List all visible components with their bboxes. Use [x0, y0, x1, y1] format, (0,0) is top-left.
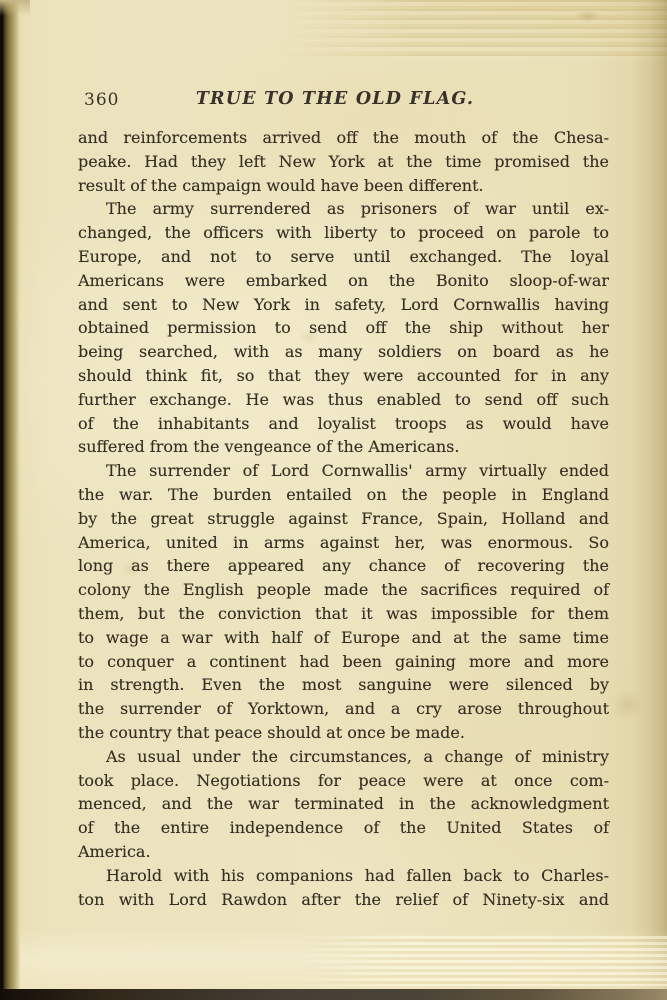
paragraph: As usual under the circumstances, a chan…	[78, 745, 609, 864]
text-line: The army surrendered as prisoners of war…	[78, 197, 609, 221]
text-line: Harold with his companions had fallen ba…	[78, 864, 609, 888]
text-line: long as there appeared any chance of rec…	[78, 554, 609, 578]
text-line: The surrender of Lord Cornwallis' army v…	[78, 459, 609, 483]
text-line: them, but the conviction that it was imp…	[78, 602, 609, 626]
text-line: the war. The burden entailed on the peop…	[78, 483, 609, 507]
paragraph: The army surrendered as prisoners of war…	[78, 197, 609, 459]
page-edges-bottom-texture	[295, 936, 667, 986]
paragraph: The surrender of Lord Cornwallis' army v…	[78, 459, 609, 745]
book-edge-bottom	[0, 989, 667, 1000]
running-title: TRUE TO THE OLD FLAG.	[70, 89, 600, 109]
text-line: colony the English people made the sacri…	[78, 578, 609, 602]
page-edges-top-texture	[280, 0, 667, 60]
text-line: the surrender of Yorktown, and a cry aro…	[78, 697, 609, 721]
text-line: in strength. Even the most sanguine were…	[78, 673, 609, 697]
text-line: of the entire independence of the United…	[78, 816, 609, 840]
text-line: the country that peace should at once be…	[78, 721, 609, 745]
text-line: As usual under the circumstances, a chan…	[78, 745, 609, 769]
text-line: to wage a war with half of Europe and at…	[78, 626, 609, 650]
text-line: should think fit, so that they were acco…	[78, 364, 609, 388]
text-line: America, united in arms against her, was…	[78, 531, 609, 555]
text-line: and reinforcements arrived off the mouth…	[78, 126, 609, 150]
text-line: Americans were embarked on the Bonito sl…	[78, 269, 609, 293]
scanned-book-page: 360 TRUE TO THE OLD FLAG. and reinforcem…	[0, 0, 667, 1000]
text-line: took place. Negotiations for peace were …	[78, 769, 609, 793]
paper-stain	[610, 690, 644, 720]
book-binding-left	[0, 0, 20, 1000]
text-line: by the great struggle against France, Sp…	[78, 507, 609, 531]
text-line: to conquer a continent had been gaining …	[78, 650, 609, 674]
text-line: America.	[78, 840, 609, 864]
text-line: of the inhabitants and loyalist troops a…	[78, 412, 609, 436]
text-line: Europe, and not to serve until exchanged…	[78, 245, 609, 269]
text-line: ton with Lord Rawdon after the relief of…	[78, 888, 609, 912]
text-line: result of the campaign would have been d…	[78, 174, 609, 198]
text-line: suffered from the vengeance of the Ameri…	[78, 435, 609, 459]
page-corner-top-left	[0, 0, 30, 16]
paper-stain	[575, 10, 601, 22]
text-line: further exchange. He was thus enabled to…	[78, 388, 609, 412]
paragraph: Harold with his companions had fallen ba…	[78, 864, 609, 912]
text-line: peake. Had they left New York at the tim…	[78, 150, 609, 174]
text-line: being searched, with as many soldiers on…	[78, 340, 609, 364]
text-line: menced, and the war terminated in the ac…	[78, 792, 609, 816]
paragraph: and reinforcements arrived off the mouth…	[78, 126, 609, 197]
text-line: changed, the officers with liberty to pr…	[78, 221, 609, 245]
text-line: obtained permission to send off the ship…	[78, 316, 609, 340]
body-text: and reinforcements arrived off the mouth…	[78, 126, 609, 911]
text-line: and sent to New York in safety, Lord Cor…	[78, 293, 609, 317]
page-edge-right-shadow	[631, 0, 667, 1000]
